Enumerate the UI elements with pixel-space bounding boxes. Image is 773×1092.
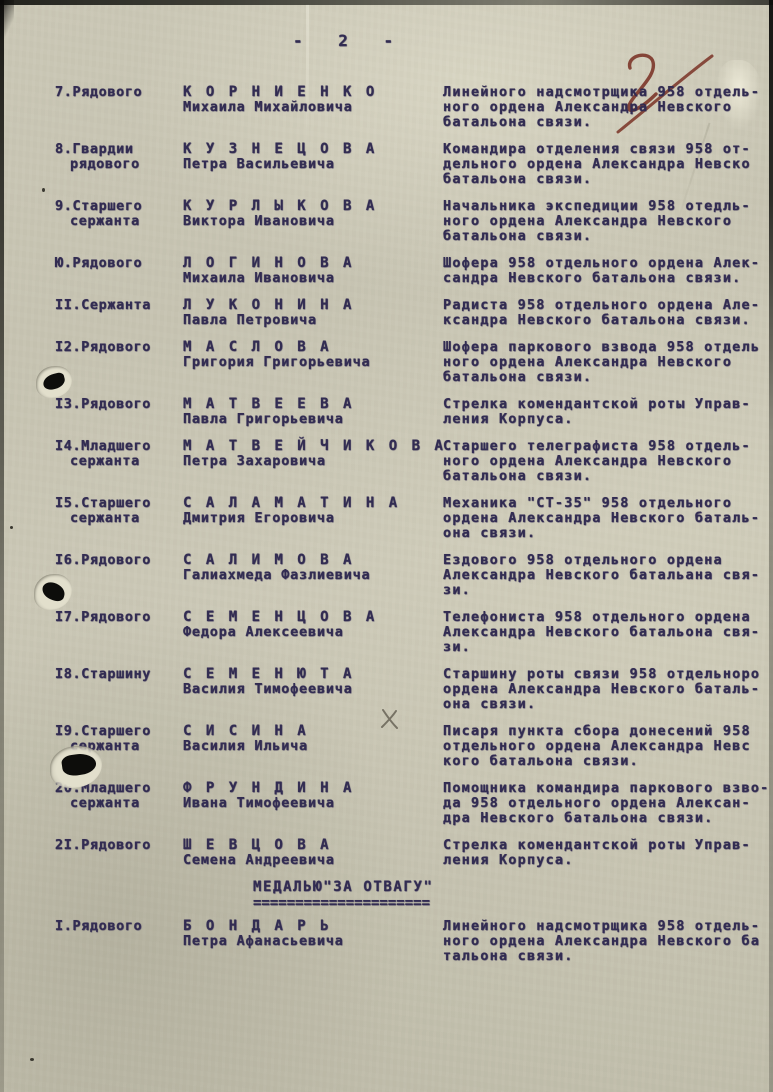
scan-edge-left: [0, 0, 4, 1092]
entry-number-rank: I4.Младшегосержанта: [55, 439, 183, 484]
entry-given-name: Виктора Ивановича: [183, 214, 443, 229]
award-entry: 2I.РядовогоШ Е В Ц О В АСемена Андреевич…: [55, 838, 773, 868]
medal-section-title: МЕДАЛЬЮ"ЗА ОТВАГУ": [253, 880, 773, 895]
document-body: 7.РядовогоК О Р Н И Е Н К ОМихаила Михай…: [55, 85, 773, 976]
entry-name: Л О Г И Н О В АМихаила Ивановича: [183, 256, 443, 286]
entry-citation: Писаря пункта сбора донесений 958отдельн…: [443, 724, 773, 769]
citation-line: ления Корпуса.: [443, 853, 773, 868]
rank-line: II.Сержанта: [55, 298, 183, 313]
entry-citation: Командира отделения связи 958 от-дельног…: [443, 142, 773, 187]
paper-hole: [34, 574, 72, 610]
award-entry: I8.СтаршинуС Е М Е Н Ю Т АВасилия Тимофе…: [55, 667, 773, 712]
entry-given-name: Петра Афанасьевича: [183, 934, 443, 949]
citation-line: Командира отделения связи 958 от-: [443, 142, 773, 157]
medal-section-header: МЕДАЛЬЮ"ЗА ОТВАГУ" =====================: [253, 880, 773, 911]
citation-line: кого батальона связи.: [443, 754, 773, 769]
paper-speck: [30, 1058, 34, 1061]
entry-surname: Л О Г И Н О В А: [183, 256, 443, 271]
paper-speck: [42, 188, 45, 192]
paper-hole: [36, 366, 72, 398]
citation-line: она связи.: [443, 526, 773, 541]
rank-line: 9.Старшего: [55, 199, 183, 214]
entry-name: К У Р Л Ы К О В АВиктора Ивановича: [183, 199, 443, 244]
entry-given-name: Михаила Ивановича: [183, 271, 443, 286]
entry-number-rank: I7.Рядового: [55, 610, 183, 655]
award-entry: I3.РядовогоМ А Т В Е Е В АПавла Григорье…: [55, 397, 773, 427]
citation-line: зи.: [443, 640, 773, 655]
entry-number-rank: I3.Рядового: [55, 397, 183, 427]
entry-surname: С Е М Е Н Ю Т А: [183, 667, 443, 682]
paper-hole: [50, 746, 102, 788]
entry-citation: Помощника командира паркового взво-да 95…: [443, 781, 773, 826]
award-entry: I5.СтаршегосержантаС А Л А М А Т И Н АДм…: [55, 496, 773, 541]
citation-line: ордена Александра Невского баталь-: [443, 682, 773, 697]
entry-citation: Стрелка комендантской роты Управ-ления К…: [443, 397, 773, 427]
citation-line: ного ордена Александра Невского: [443, 355, 773, 370]
citation-line: Линейного надсмотрщика 958 отдель-: [443, 85, 773, 100]
entry-name: Б О Н Д А Р ЬПетра Афанасьевича: [183, 919, 443, 964]
entry-given-name: Павла Григорьевича: [183, 412, 443, 427]
rank-line: I9.Старшего: [55, 724, 183, 739]
entry-given-name: Ивана Тимофеевича: [183, 796, 443, 811]
entry-name: Л У К О Н И Н АПавла Петровича: [183, 298, 443, 328]
rank-line: I7.Рядового: [55, 610, 183, 625]
citation-line: отдельного ордена Александра Невс: [443, 739, 773, 754]
entry-citation: Механика "СТ-35" 958 отдельногоордена Ал…: [443, 496, 773, 541]
entry-number-rank: 9.Старшегосержанта: [55, 199, 183, 244]
citation-line: Телефониста 958 отдельного ордена: [443, 610, 773, 625]
entry-name: М А С Л О В АГригория Григорьевича: [183, 340, 443, 385]
citation-line: Линейного надсмотрщика 958 отдель-: [443, 919, 773, 934]
entry-citation: Ездового 958 отдельного орденаАлександра…: [443, 553, 773, 598]
entry-surname: С А Л И М О В А: [183, 553, 443, 568]
award-entry: 9.СтаршегосержантаК У Р Л Ы К О В АВикто…: [55, 199, 773, 244]
entry-citation: Линейного надсмотрщика 958 отдель-ного о…: [443, 85, 773, 130]
rank-line: сержанта: [55, 214, 183, 229]
entry-surname: К О Р Н И Е Н К О: [183, 85, 443, 100]
entry-given-name: Василия Тимофеевича: [183, 682, 443, 697]
award-entry: I6.РядовогоС А Л И М О В АГалиахмеда Фаз…: [55, 553, 773, 598]
entry-surname: Ш Е В Ц О В А: [183, 838, 443, 853]
award-entry: II.СержантаЛ У К О Н И Н АПавла Петрович…: [55, 298, 773, 328]
citation-line: ного ордена Александра Невского: [443, 454, 773, 469]
citation-line: ксандра Невского батальона связи.: [443, 313, 773, 328]
entry-number-rank: I6.Рядового: [55, 553, 183, 598]
award-entry: I2.РядовогоМ А С Л О В АГригория Григорь…: [55, 340, 773, 385]
paper-speck: [10, 526, 13, 529]
citation-line: Стрелка комендантской роты Управ-: [443, 397, 773, 412]
citation-line: ного ордена Александра Невского ба: [443, 934, 773, 949]
medal-entries-list: I.РядовогоБ О Н Д А Р ЬПетра Афанасьевич…: [55, 919, 773, 964]
order-entries-list: 7.РядовогоК О Р Н И Е Н К ОМихаила Михай…: [55, 85, 773, 868]
entry-number-rank: 2I.Рядового: [55, 838, 183, 868]
award-entry: I7.РядовогоС Е М Е Н Ц О В АФедора Алекс…: [55, 610, 773, 655]
citation-line: Радиста 958 отдельного ордена Але-: [443, 298, 773, 313]
rank-line: I2.Рядового: [55, 340, 183, 355]
entry-name: М А Т В Е Е В АПавла Григорьевича: [183, 397, 443, 427]
entry-number-rank: 8.Гвардиирядового: [55, 142, 183, 187]
rank-line: 7.Рядового: [55, 85, 183, 100]
entry-name: К У З Н Е Ц О В АПетра Васильевича: [183, 142, 443, 187]
citation-line: Шофера 958 отдельного ордена Алек-: [443, 256, 773, 271]
rank-line: Ю.Рядового: [55, 256, 183, 271]
citation-line: Шофера паркового взвода 958 отдель: [443, 340, 773, 355]
entry-name: С А Л И М О В АГалиахмеда Фазлиевича: [183, 553, 443, 598]
award-entry: I9.СтаршегосержантаС И С И Н АВасилия Ил…: [55, 724, 773, 769]
entry-citation: Старшину роты связи 958 отдельнороордена…: [443, 667, 773, 712]
entry-number-rank: I8.Старшину: [55, 667, 183, 712]
entry-name: С И С И Н АВасилия Ильича: [183, 724, 443, 769]
entry-citation: Телефониста 958 отдельного орденаАлексан…: [443, 610, 773, 655]
entry-given-name: Михаила Михайловича: [183, 100, 443, 115]
entry-given-name: Григория Григорьевича: [183, 355, 443, 370]
entry-number-rank: I2.Рядового: [55, 340, 183, 385]
citation-line: ления Корпуса.: [443, 412, 773, 427]
citation-line: Старшего телеграфиста 958 отдель-: [443, 439, 773, 454]
scanned-document-page: - 2 - 7.РядовогоК О Р Н И Е Н К ОМихаила…: [0, 0, 773, 1092]
rank-line: I8.Старшину: [55, 667, 183, 682]
award-entry: 7.РядовогоК О Р Н И Е Н К ОМихаила Михай…: [55, 85, 773, 130]
entry-citation: Стрелка комендантской роты Управ-ления К…: [443, 838, 773, 868]
scan-edge-top: [0, 0, 773, 5]
entry-surname: М А Т В Е Е В А: [183, 397, 443, 412]
award-entry: 20.МладшегосержантаФ Р У Н Д И Н АИвана …: [55, 781, 773, 826]
rank-line: I4.Младшего: [55, 439, 183, 454]
citation-line: ного ордена Александра Невского: [443, 214, 773, 229]
entry-given-name: Павла Петровича: [183, 313, 443, 328]
entry-name: М А Т В Е Й Ч И К О В АПетра Захаровича: [183, 439, 443, 484]
medal-section-underline: =====================: [253, 896, 773, 911]
citation-line: ного ордена Александра Невского: [443, 100, 773, 115]
award-entry: 8.ГвардиирядовогоК У З Н Е Ц О В АПетра …: [55, 142, 773, 187]
citation-line: Старшину роты связи 958 отдельноро: [443, 667, 773, 682]
entry-name: Ш Е В Ц О В АСемена Андреевича: [183, 838, 443, 868]
entry-surname: С А Л А М А Т И Н А: [183, 496, 443, 511]
citation-line: ордена Александра Невского баталь-: [443, 511, 773, 526]
rank-line: сержанта: [55, 454, 183, 469]
citation-line: она связи.: [443, 697, 773, 712]
entry-given-name: Дмитрия Егоровича: [183, 511, 443, 526]
entry-citation: Шофера 958 отдельного ордена Алек-сандра…: [443, 256, 773, 286]
citation-line: да 958 отдельного ордена Алексан-: [443, 796, 773, 811]
citation-line: Александра Невского батальона свя-: [443, 625, 773, 640]
entry-surname: М А С Л О В А: [183, 340, 443, 355]
award-entry: Ю.РядовогоЛ О Г И Н О В АМихаила Иванови…: [55, 256, 773, 286]
citation-line: Писаря пункта сбора донесений 958: [443, 724, 773, 739]
entry-name: С Е М Е Н Ю Т АВасилия Тимофеевича: [183, 667, 443, 712]
citation-line: дра Невского батальона связи.: [443, 811, 773, 826]
entry-given-name: Галиахмеда Фазлиевича: [183, 568, 443, 583]
entry-surname: С Е М Е Н Ц О В А: [183, 610, 443, 625]
citation-line: дельного ордена Александра Невско: [443, 157, 773, 172]
page-number: - 2 -: [293, 31, 406, 50]
entry-given-name: Петра Васильевича: [183, 157, 443, 172]
citation-line: Ездового 958 отдельного ордена: [443, 553, 773, 568]
entry-given-name: Василия Ильича: [183, 739, 443, 754]
scan-corner-shadow: [0, 0, 14, 40]
citation-line: Александра Невского батальана свя-: [443, 568, 773, 583]
citation-line: Начальника экспедиции 958 отедль-: [443, 199, 773, 214]
citation-line: батальона связи.: [443, 172, 773, 187]
citation-line: зи.: [443, 583, 773, 598]
rank-line: сержанта: [55, 796, 183, 811]
award-entry: I.РядовогоБ О Н Д А Р ЬПетра Афанасьевич…: [55, 919, 773, 964]
citation-line: батальона связи.: [443, 229, 773, 244]
rank-line: I5.Старшего: [55, 496, 183, 511]
rank-line: рядового: [55, 157, 183, 172]
entry-given-name: Петра Захаровича: [183, 454, 443, 469]
entry-surname: К У З Н Е Ц О В А: [183, 142, 443, 157]
entry-number-rank: I5.Старшегосержанта: [55, 496, 183, 541]
citation-line: батальона связи.: [443, 370, 773, 385]
entry-number-rank: Ю.Рядового: [55, 256, 183, 286]
entry-number-rank: II.Сержанта: [55, 298, 183, 328]
citation-line: тальона связи.: [443, 949, 773, 964]
entry-number-rank: 7.Рядового: [55, 85, 183, 130]
citation-line: батальона связи.: [443, 469, 773, 484]
citation-line: Стрелка комендантской роты Управ-: [443, 838, 773, 853]
entry-citation: Радиста 958 отдельного ордена Але-ксандр…: [443, 298, 773, 328]
entry-given-name: Семена Андреевича: [183, 853, 443, 868]
citation-line: сандра Невского батальона связи.: [443, 271, 773, 286]
rank-line: 8.Гвардии: [55, 142, 183, 157]
entry-surname: Л У К О Н И Н А: [183, 298, 443, 313]
entry-citation: Линейного надсмотрщика 958 отдель-ного о…: [443, 919, 773, 964]
entry-surname: Б О Н Д А Р Ь: [183, 919, 443, 934]
scan-edge-right: [769, 0, 773, 1092]
rank-line: I6.Рядового: [55, 553, 183, 568]
entry-surname: Ф Р У Н Д И Н А: [183, 781, 443, 796]
entry-given-name: Федора Алексеевича: [183, 625, 443, 640]
entry-name: С Е М Е Н Ц О В АФедора Алексеевича: [183, 610, 443, 655]
entry-name: С А Л А М А Т И Н АДмитрия Егоровича: [183, 496, 443, 541]
award-entry: I4.МладшегосержантаМ А Т В Е Й Ч И К О В…: [55, 439, 773, 484]
rank-line: сержанта: [55, 511, 183, 526]
entry-surname: М А Т В Е Й Ч И К О В А: [183, 439, 443, 454]
entry-citation: Шофера паркового взвода 958 отдельного о…: [443, 340, 773, 385]
citation-line: Механика "СТ-35" 958 отдельного: [443, 496, 773, 511]
entry-surname: К У Р Л Ы К О В А: [183, 199, 443, 214]
citation-line: батальона связи.: [443, 115, 773, 130]
citation-line: Помощника командира паркового взво-: [443, 781, 773, 796]
entry-name: К О Р Н И Е Н К ОМихаила Михайловича: [183, 85, 443, 130]
rank-line: I.Рядового: [55, 919, 183, 934]
entry-name: Ф Р У Н Д И Н АИвана Тимофеевича: [183, 781, 443, 826]
entry-citation: Старшего телеграфиста 958 отдель-ного ор…: [443, 439, 773, 484]
entry-citation: Начальника экспедиции 958 отедль-ного ор…: [443, 199, 773, 244]
entry-number-rank: I.Рядового: [55, 919, 183, 964]
entry-surname: С И С И Н А: [183, 724, 443, 739]
rank-line: 2I.Рядового: [55, 838, 183, 853]
rank-line: I3.Рядового: [55, 397, 183, 412]
